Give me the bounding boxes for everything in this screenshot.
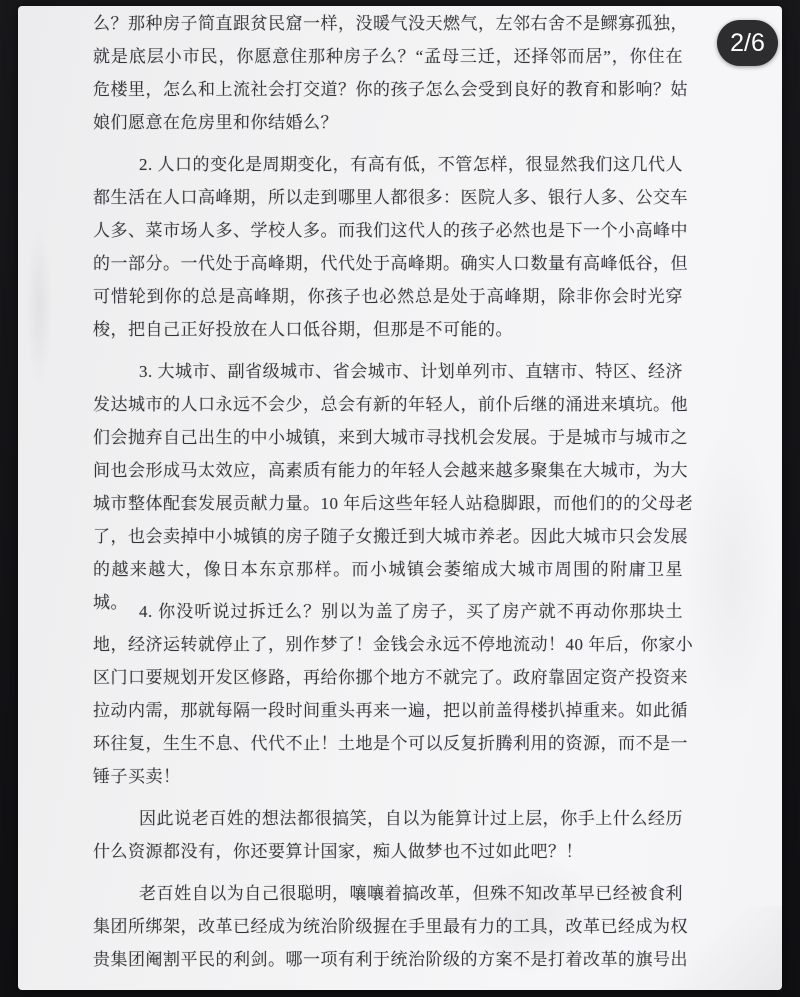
text-line: 可惜轮到你的总是高峰期，你孩子也必然总是处于高峰期，除非你会时光穿 (93, 280, 683, 313)
text-line: 危楼里，怎么和上流社会打交道？你的孩子怎么会受到良好的教育和影响？姑 (93, 73, 683, 106)
text-line: 集团所绑架，改革已经成为统治阶级握在手里最有力的工具，改革已经成为权 (93, 910, 683, 943)
text-line: 娘们愿意在危房里和你结婚么？ (93, 106, 683, 139)
paragraph: 2. 人口的变化是周期变化，有高有低，不管怎样，很显然我们这几代人都生活在人口高… (93, 148, 683, 346)
text-line: 的一部分。一代处于高峰期，代代处于高峰期。确实人口数量有高峰低谷，但 (93, 247, 683, 280)
paragraph: 4. 你没听说过拆迁么？别以为盖了房子，买了房产就不再动你那块土地，经济运转就停… (93, 595, 683, 793)
paragraph: 么？那种房子简直跟贫民窟一样，没暖气没天燃气，左邻右舍不是鳏寡孤独，就是底层小市… (93, 7, 683, 139)
text-line: 发达城市的人口永远不会少，总会有新的年轻人，前仆后继的涌进来填坑。他 (93, 388, 683, 421)
photo-smudge (686, 426, 776, 726)
text-line: 人多、菜市场人多、学校人多。而我们这代人的孩子必然也是下一个小高峰中 (93, 214, 683, 247)
document-text: 么？那种房子简直跟贫民窟一样，没暖气没天燃气，左邻右舍不是鳏寡孤独，就是底层小市… (93, 7, 683, 985)
text-line: 环往复，生生不息、代代不止！土地是个可以反复折腾利用的资源，而不是一 (93, 727, 683, 760)
text-line: 的越来越大，像日本东京那样。而小城镇会萎缩成大城市周围的附庸卫星城。 (93, 553, 683, 586)
paragraph: 因此说老百姓的想法都很搞笑，自以为能算计过上层，你手上什么经历什么资源都没有，你… (93, 802, 683, 868)
photo-smudge (26, 226, 52, 386)
text-line: 老百姓自以为自己很聪明，嚷嚷着搞改革，但殊不知改革早已经被食利 (93, 877, 683, 910)
text-line: 梭，把自己正好投放在人口低谷期，但那是不可能的。 (93, 313, 683, 346)
text-line: 地，经济运转就停止了，别作梦了！金钱会永远不停地流动！40 年后，你家小 (93, 628, 683, 661)
paragraph: 老百姓自以为自己很聪明，嚷嚷着搞改革，但殊不知改革早已经被食利集团所绑架，改革已… (93, 877, 683, 976)
text-line: 3. 大城市、副省级城市、省会城市、计划单列市、直辖市、特区、经济 (93, 355, 683, 388)
text-line: 2. 人口的变化是周期变化，有高有低，不管怎样，很显然我们这几代人 (93, 148, 683, 181)
text-line: 就是底层小市民，你愿意住那种房子么？“孟母三迁，还择邻而居”，你住在 (93, 40, 683, 73)
photo-viewer: 么？那种房子简直跟贫民窟一样，没暖气没天燃气，左邻右舍不是鳏寡孤独，就是底层小市… (0, 0, 800, 997)
document-page: 么？那种房子简直跟贫民窟一样，没暖气没天燃气，左邻右舍不是鳏寡孤独，就是底层小市… (18, 6, 782, 990)
text-line: 了，也会卖掉中小城镇的房子随子女搬迁到大城市养老。因此大城市只会发展 (93, 520, 683, 553)
text-line: 4. 你没听说过拆迁么？别以为盖了房子，买了房产就不再动你那块土 (93, 595, 683, 628)
text-line: 拉动内需，那就每隔一段时间重头再来一遍，把以前盖得楼扒掉重来。如此循 (93, 694, 683, 727)
page-indicator-label: 2/6 (730, 31, 765, 56)
page-indicator-badge: 2/6 (717, 20, 778, 66)
text-line: 锤子买卖！ (93, 760, 683, 793)
text-line: 贵集团阉割平民的利剑。哪一项有利于统治阶级的方案不是打着改革的旗号出 (93, 943, 683, 976)
text-line: 城市整体配套发展贡献力量。10 年后这些年轻人站稳脚跟，而他们的的父母老 (93, 487, 683, 520)
text-line: 因此说老百姓的想法都很搞笑，自以为能算计过上层，你手上什么经历 (93, 802, 683, 835)
paragraph: 3. 大城市、副省级城市、省会城市、计划单列市、直辖市、特区、经济发达城市的人口… (93, 355, 683, 586)
text-line: 间也会形成马太效应，高素质有能力的年轻人会越来越多聚集在大城市，为大 (93, 454, 683, 487)
text-line: 么？那种房子简直跟贫民窟一样，没暖气没天燃气，左邻右舍不是鳏寡孤独， (93, 7, 683, 40)
text-line: 什么资源都没有，你还要算计国家，痴人做梦也不过如此吧？！ (93, 835, 683, 868)
text-line: 区门口要规划开发区修路，再给你挪个地方不就完了。政府靠固定资产投资来 (93, 661, 683, 694)
text-line: 都生活在人口高峰期，所以走到哪里人都很多：医院人多、银行人多、公交车 (93, 181, 683, 214)
text-line: 们会抛弃自己出生的中小城镇，来到大城市寻找机会发展。于是城市与城市之 (93, 421, 683, 454)
